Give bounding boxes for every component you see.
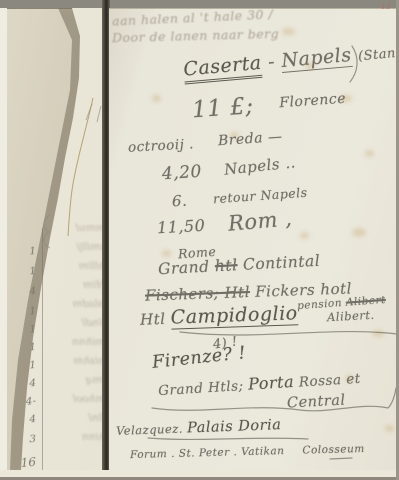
stub-number: 1: [6, 245, 37, 259]
bleedthrough-word: mihnn: [43, 336, 108, 355]
fee-place: Florence: [279, 91, 347, 112]
stub-number: 3: [6, 433, 37, 447]
bleedthrough-word: lindl: [49, 317, 108, 336]
stub-number: 1: [6, 341, 37, 355]
heading-dash: -: [261, 50, 283, 74]
stub-number: 1: [6, 265, 37, 279]
heading-stanzen: (Stanzen): [358, 43, 399, 64]
bleedthrough-word: jmq: [43, 374, 108, 393]
stub-number: 4: [6, 377, 37, 391]
stub-number: 4: [6, 285, 37, 299]
stub-number: 4: [6, 413, 37, 427]
stub-number: 1: [6, 323, 37, 337]
central-word: Central: [287, 392, 346, 411]
struck-fischers: Fischers; Htl: [145, 283, 251, 305]
stub-number: 16: [6, 455, 37, 471]
struck-htl: htl: [214, 256, 238, 275]
grand-word: Grand: [158, 257, 216, 278]
ledger-label: 6.: [172, 192, 188, 211]
alibert-rewrite: Alibert.: [327, 308, 375, 324]
stub-bleedthrough-writing: mmul smllij hllim Him pladm lindl mihnn …: [44, 222, 106, 450]
bleedthrough-word: pladm: [43, 298, 108, 317]
campidoglio-line: Htl Campidoglio: [140, 302, 298, 329]
bleedthrough-word: mmul: [43, 222, 108, 241]
bleedthrough-word: hinn: [49, 431, 108, 450]
bleedthrough-word: mhool: [49, 393, 108, 412]
palais-doria-word: Palais Doria: [187, 417, 282, 436]
porta-word: Porta: [248, 372, 295, 394]
velazquez-word: Velazquez.: [116, 421, 188, 437]
page-bottom-edge: [0, 470, 399, 477]
fee-amount: 11 £;: [191, 93, 254, 123]
notebook-scan: 1 1 4 1 1 1 1 4 4- 4 3 16 mmul smllij hl…: [0, 0, 399, 480]
bleedthrough-word: hllim: [43, 260, 108, 279]
stub-number: 1: [6, 359, 37, 373]
bleedthrough-word: Him: [49, 279, 108, 298]
colosseum-word: Colosseum: [302, 443, 365, 457]
ledger-label: 11,50: [157, 216, 206, 238]
stub-number: 4-: [6, 395, 37, 409]
htl-word: Htl: [140, 310, 171, 329]
bleedthrough-word: nishm: [49, 355, 108, 374]
ledger-label: 4,20: [161, 162, 202, 185]
bleedthrough-word: finl: [43, 412, 108, 431]
stub-number: 1: [6, 305, 37, 319]
campidoglio-word: Campidoglio: [170, 302, 298, 329]
page-number: 13: [381, 2, 391, 11]
bleedthrough-word: smllij: [49, 241, 108, 260]
